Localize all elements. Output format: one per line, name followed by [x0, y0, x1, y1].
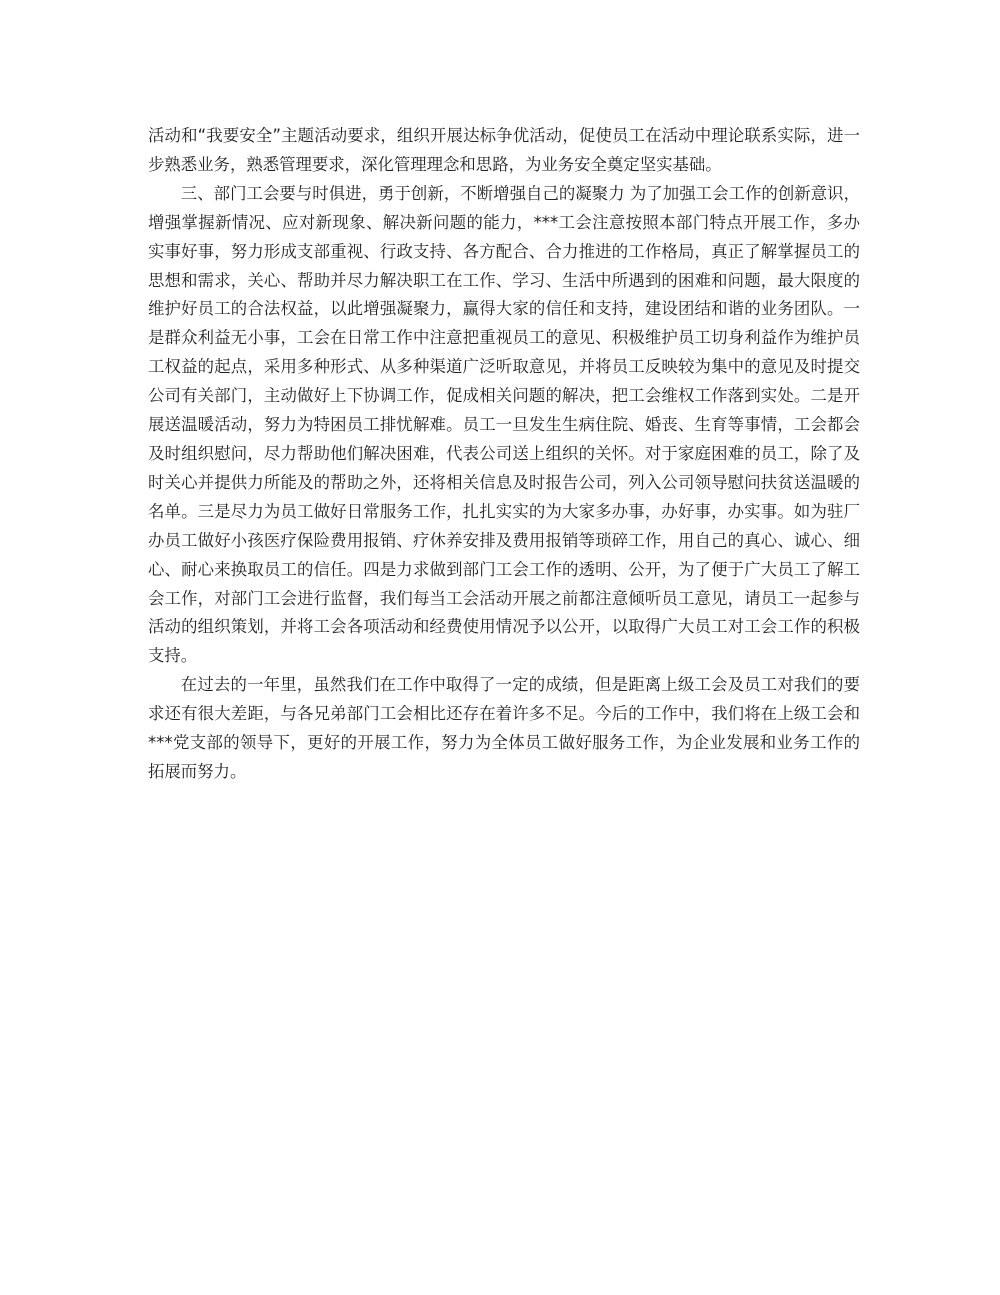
paragraph-section-three: 三、部门工会要与时俱进，勇于创新，不断增强自己的凝聚力 为了加强工会工作的创新意… [148, 180, 860, 671]
paragraph-conclusion: 在过去的一年里，虽然我们在工作中取得了一定的成绩，但是距离上级工会及员工对我们的… [148, 671, 860, 787]
document-page: 活动和“我要安全”主题活动要求，组织开展达标争优活动，促使员工在活动中理论联系实… [148, 122, 860, 787]
paragraph-continuation: 活动和“我要安全”主题活动要求，组织开展达标争优活动，促使员工在活动中理论联系实… [148, 122, 860, 180]
